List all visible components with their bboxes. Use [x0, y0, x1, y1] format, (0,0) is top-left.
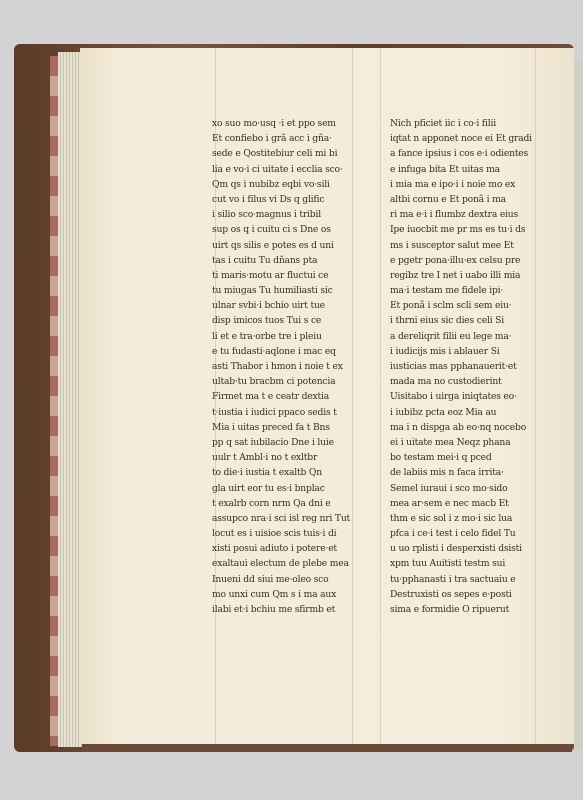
text-line: mo unxi cum Qm s i ma aux	[212, 587, 360, 602]
book-bottom-edge	[82, 744, 572, 752]
text-line: sede e Qostitebiur celi mi bi	[212, 146, 360, 161]
text-line: a dereliqrit filii eu lege ma·	[390, 329, 546, 344]
text-line: mada ma no custodierint	[390, 374, 546, 389]
page-stack-edge	[58, 52, 82, 747]
text-line: xo suo mo·usq ·i et ppo sem	[212, 116, 360, 131]
text-line: cut vo i filus vi Ds q glific	[212, 192, 360, 207]
text-line: uirt qs silis e potes es d uni	[212, 238, 360, 253]
text-line: exaltaui electum de plebe mea	[212, 556, 360, 571]
text-line: ma i n dispga ab eo·nq nocebo	[390, 420, 546, 435]
text-line: u uo rplisti i desperxisti dsisti	[390, 541, 546, 556]
text-line: altbi cornu e Et ponã i ma	[390, 192, 546, 207]
text-line: pp q sat iubilacio Dne i luie	[212, 435, 360, 450]
text-line: Mia i uitas preced fa t Bns	[212, 420, 360, 435]
text-line: Et confiebo i grã acc i gña·	[212, 131, 360, 146]
text-line: regibz tre I net i uabo illi mia	[390, 268, 546, 283]
text-line: thm e sic sol i z mo·i sic lua	[390, 511, 546, 526]
text-line: ri ma e·i i flumbz dextra eius	[390, 207, 546, 222]
text-line: Inueni dd siui me·oleo sco	[212, 572, 360, 587]
text-line: Destruxisti os sepes e·posti	[390, 587, 546, 602]
text-line: uulr t Ambl·i no t exltbr	[212, 450, 360, 465]
left-text-column: xo suo mo·usq ·i et ppo semEt confiebo i…	[212, 116, 360, 617]
text-line: e pgetr pona·illu·ex celsu pre	[390, 253, 546, 268]
text-line: tu miugas Tu humiliasti sic	[212, 283, 360, 298]
text-line: i thrni eius sic dies celi Si	[390, 313, 546, 328]
text-line: t·iustia i iudici ppaco sedis t	[212, 405, 360, 420]
facing-page-edge	[574, 60, 583, 750]
text-line: Nich pficiet iic i co·i filii	[390, 116, 546, 131]
text-line: sup os q i cuitu ci s Dne os	[212, 222, 360, 237]
ruling-line	[380, 48, 381, 744]
text-line: Ipe iuocbit me pr ms es tu·i ds	[390, 222, 546, 237]
text-line: ms i susceptor salut mee Et	[390, 238, 546, 253]
text-line: t exalrb corn nrm Qa dni e	[212, 496, 360, 511]
text-line: Firmet ma t e ceatr dextia	[212, 389, 360, 404]
text-line: gla uirt eor tu es·i bnplac	[212, 481, 360, 496]
text-line: a fance ipsius i cos e·i odientes	[390, 146, 546, 161]
text-line: Uisitabo i uirga iniqtates eo·	[390, 389, 546, 404]
text-line: e tu fudasti·aqlone i mac eq	[212, 344, 360, 359]
text-line: i iudicijs mis i ablauer Si	[390, 344, 546, 359]
text-line: iqtat n apponet noce ei Et gradi	[390, 131, 546, 146]
text-line: Et ponã i sclm scli sem eiu·	[390, 298, 546, 313]
text-line: i iubibz pcta eoz Mia au	[390, 405, 546, 420]
text-line: mea ar·sem e nec macb Et	[390, 496, 546, 511]
text-line: ti maris·motu ar fluctui ce	[212, 268, 360, 283]
text-line: sima e formidie O ripuerut	[390, 602, 546, 617]
text-line: locut es i uisioe scis tuis·i di	[212, 526, 360, 541]
text-line: pfca i ce·i test i celo fidel Tu	[390, 526, 546, 541]
text-line: e infuga bita Et uitas ma	[390, 162, 546, 177]
text-line: ulnar svbi·i bchio uirt tue	[212, 298, 360, 313]
text-line: de labiis mis n faca irrita·	[390, 465, 546, 480]
text-line: xisti posui adiuto i potere·et	[212, 541, 360, 556]
text-line: assupco nra·i sci isl reg nri Tut	[212, 511, 360, 526]
text-line: Qm qs i nubibz eqbi vo·sili	[212, 177, 360, 192]
text-line: i mia ma e ipo·i i noie mo ex	[390, 177, 546, 192]
text-line: ilabi et·i bchiu me sfirmb et	[212, 602, 360, 617]
text-line: Semel iuraui i sco mo·sido	[390, 481, 546, 496]
text-line: ei i uitate mea Neqz phana	[390, 435, 546, 450]
text-line: ma·i testam me fidele ipi·	[390, 283, 546, 298]
text-line: bo testam mei·i q pced	[390, 450, 546, 465]
text-line: i silio sco·magnus i tribil	[212, 207, 360, 222]
text-line: lia e vo·i ci uitate i ecclia sco·	[212, 162, 360, 177]
text-line: li et e tra·orbe tre i pleiu	[212, 329, 360, 344]
right-text-column: Nich pficiet iic i co·i filiiiqtat n app…	[390, 116, 546, 617]
text-line: xpm tuu Auitisti testm sui	[390, 556, 546, 571]
text-line: asti Thabor i hmon i noie t ex	[212, 359, 360, 374]
text-line: disp imicos tuos Tui s ce	[212, 313, 360, 328]
text-line: to die·i iustia t exaltb Qn	[212, 465, 360, 480]
text-line: tas i cuitu Tu dñans pta	[212, 253, 360, 268]
text-line: ultab·tu bracbm ci potencia	[212, 374, 360, 389]
text-line: iusticias mas pphanauerit·et	[390, 359, 546, 374]
text-line: tu·pphanasti i tra sactuaiu e	[390, 572, 546, 587]
